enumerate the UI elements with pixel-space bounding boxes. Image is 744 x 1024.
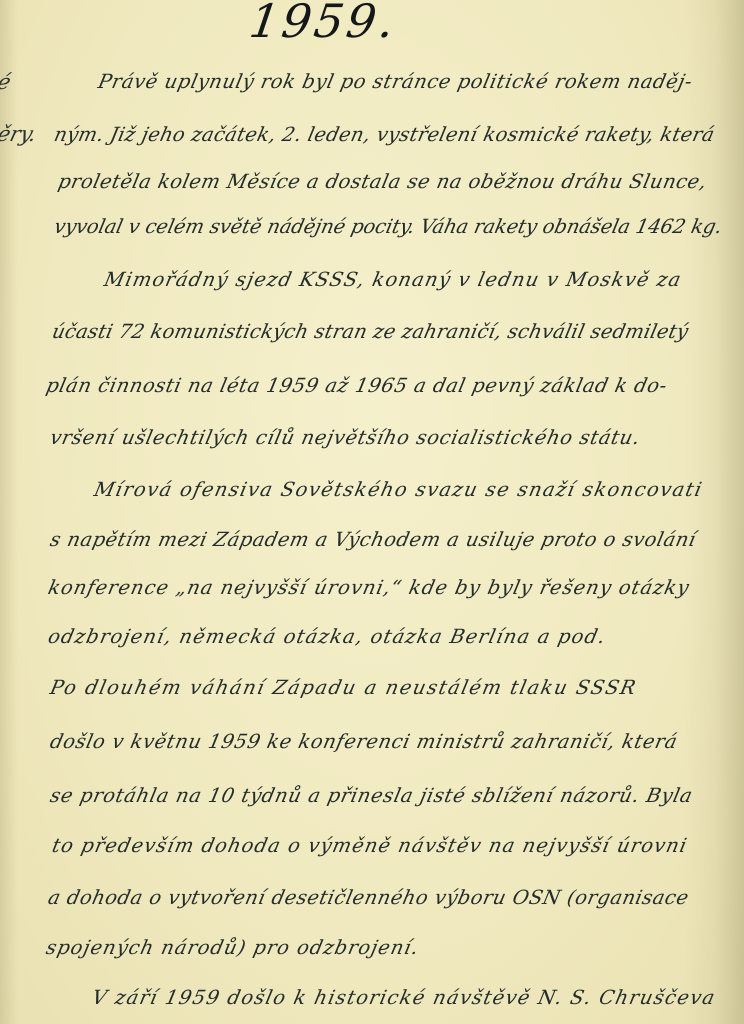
text-line: proletěla kolem Měsíce a dostala se na o… [56, 170, 709, 193]
chronicle-page: 1959. é ěry. Právě uplynulý rok byl po s… [0, 0, 744, 1024]
text-line: došlo v květnu 1959 ke konferenci minist… [48, 730, 680, 753]
text-line: vršení ušlechtilých cílů největšího soci… [48, 426, 643, 449]
page-title-year: 1959. [246, 0, 400, 48]
text-line: V září 1959 došlo k historické návštěvě … [90, 986, 718, 1009]
text-line: vyvolal v celém světě nádějné pocity. Vá… [52, 215, 724, 238]
text-line: Právě uplynulý rok byl po stránce politi… [96, 70, 695, 93]
text-line: se protáhla na 10 týdnů a přinesla jisté… [48, 784, 695, 807]
text-line: konference „na nejvyšší úrovni,“ kde by … [46, 576, 692, 599]
text-line: ným. Již jeho začátek, 2. leden, vystřel… [52, 123, 717, 146]
text-line: Mírová ofensiva Sovětského svazu se snaž… [92, 478, 705, 501]
text-line: plán činnosti na léta 1959 až 1965 a dal… [44, 374, 670, 397]
margin-note-fragment-2: ěry. [0, 122, 39, 146]
text-line: Po dlouhém váhání Západu a neustálém tla… [48, 676, 639, 699]
margin-note-fragment-1: é [0, 70, 13, 94]
text-line: to především dohoda o výměně návštěv na … [50, 834, 690, 857]
text-line: Mimořádný sjezd KSSS, konaný v lednu v M… [102, 268, 684, 291]
text-line: účasti 72 komunistických stran ze zahran… [50, 320, 691, 343]
text-line: odzbrojení, německá otázka, otázka Berlí… [46, 625, 608, 648]
text-line: spojených národů) pro odzbrojení. [44, 936, 421, 959]
text-line: a dohoda o vytvoření desetičlenného výbo… [46, 886, 691, 909]
text-line: s napětím mezi Západem a Východem a usil… [48, 528, 698, 551]
